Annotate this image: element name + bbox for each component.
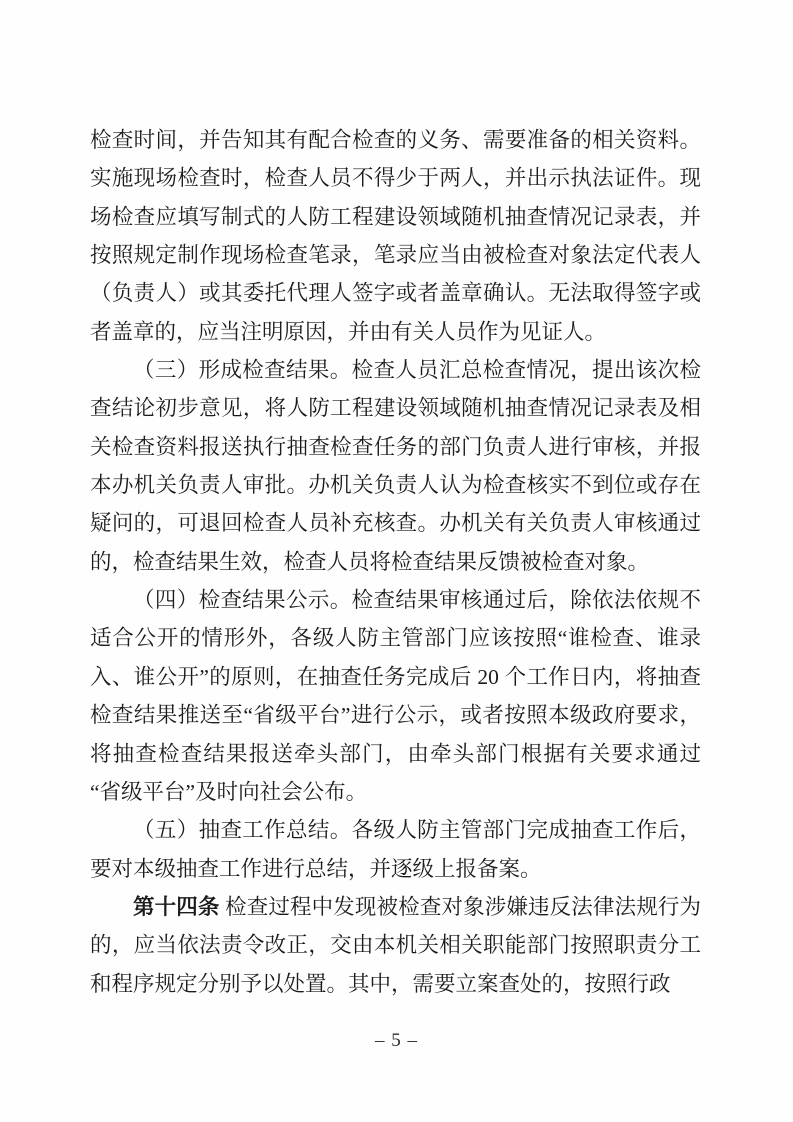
paragraph-inspection-continuation: 检查时间，并告知其有配合检查的义务、需要准备的相关资料。实施现场检查时，检查人员… — [90, 121, 701, 351]
document-body: 检查时间，并告知其有配合检查的义务、需要准备的相关资料。实施现场检查时，检查人员… — [90, 121, 701, 1003]
document-page: 检查时间，并告知其有配合检查的义务、需要准备的相关资料。实施现场检查时，检查人员… — [0, 0, 793, 1122]
paragraph-item-5-work-summary: （五）抽查工作总结。各级人防主管部门完成抽查工作后，要对本级抽查工作进行总结，并… — [90, 811, 701, 888]
paragraph-item-3-form-results: （三）形成检查结果。检查人员汇总检查情况，提出该次检查结论初步意见，将人防工程建… — [90, 351, 701, 581]
paragraph-item-4-publicize-results: （四）检查结果公示。检查结果审核通过后，除依法依规不适合公开的情形外，各级人防主… — [90, 581, 701, 811]
page-number: – 5 – — [0, 1030, 793, 1052]
paragraph-article-14: 第十四条 检查过程中发现被检查对象涉嫌违反法律法规行为的，应当依法责令改正，交由… — [90, 888, 701, 1003]
article-14-number: 第十四条 — [133, 895, 220, 919]
